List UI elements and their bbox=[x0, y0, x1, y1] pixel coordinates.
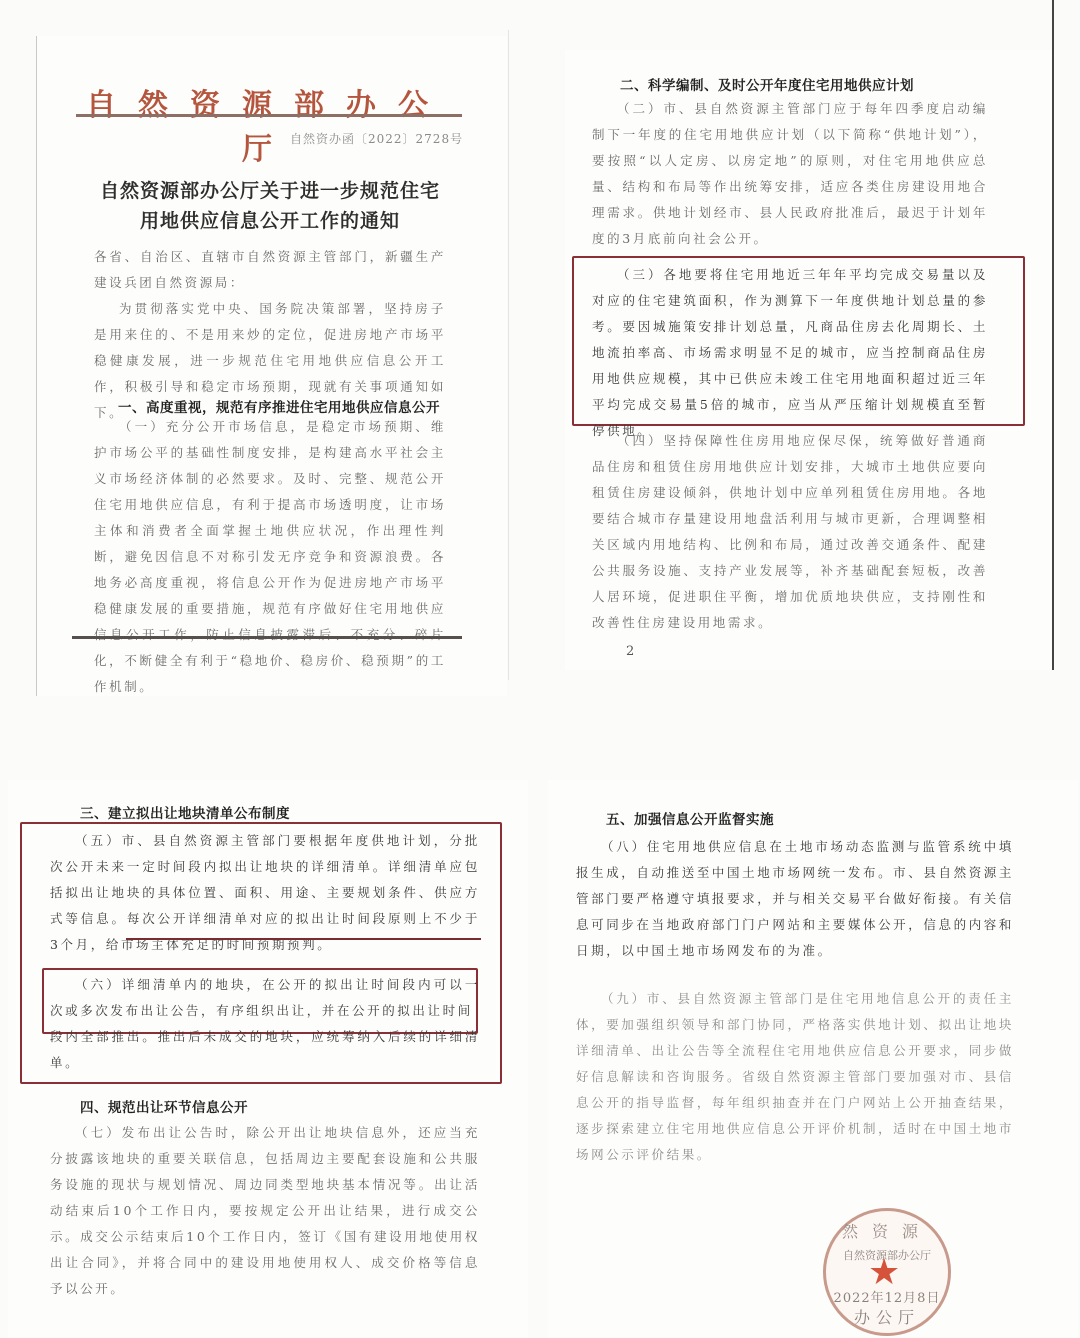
section-1-heading: 一、高度重视，规范有序推进住宅用地供应信息公开 bbox=[118, 396, 440, 416]
item-3-highlighted-paragraph: （三）各地要将住宅用地近三年年平均完成交易量以及对应的住宅建筑面积，作为测算下一… bbox=[592, 262, 988, 444]
item-6-boxed-paragraph: （六）详细清单内的地块，在公开的拟出让时间段内可以一次或多次发布出让公告，有序组… bbox=[50, 972, 480, 1024]
document-number: 自然资办函〔2022〕2728号 bbox=[290, 130, 463, 147]
item-6-rest-paragraph: 段内全部推出。推出后未成交的地块，应统筹纳入后续的详细清单。 bbox=[50, 1024, 480, 1076]
item-4-paragraph: （四）坚持保障性住房用地应保尽保，统筹做好普通商品住房和租赁住房用地供应计划安排… bbox=[592, 428, 988, 636]
item-1-paragraph: （一）充分公开市场信息，是稳定市场预期、维护市场公平的基础性制度安排，是构建高水… bbox=[94, 414, 446, 700]
addressee: 各省、自治区、直辖市自然资源主管部门，新疆生产建设兵团自然资源局： bbox=[94, 244, 446, 296]
section-2-heading: 二、科学编制、及时公开年度住宅用地供应计划 bbox=[620, 74, 914, 94]
page-number: 2 bbox=[626, 644, 634, 659]
seal-top-text: 然资源 bbox=[826, 1219, 948, 1242]
official-seal: 然资源 自然资源部办公厅 ★ 2022年12月8日 办公厅 bbox=[823, 1208, 951, 1336]
masthead-issuer: 自然资源部办公厅 bbox=[78, 80, 458, 168]
seal-bottom-text: 办公厅 bbox=[826, 1305, 948, 1328]
item-2-paragraph: （二）市、县自然资源主管部门应于每年四季度启动编制下一年度的住宅用地供应计划（以… bbox=[592, 96, 988, 252]
item-7-paragraph: （七）发布出让公告时，除公开出让地块信息外，还应当充分披露该地块的重要关联信息，… bbox=[50, 1120, 480, 1302]
item-8-paragraph: （八）住宅用地供应信息在土地市场动态监测与监管系统中填报生成，自动推送至中国土地… bbox=[576, 834, 1014, 964]
section-5-heading: 五、加强信息公开监督实施 bbox=[606, 808, 774, 828]
page-bottom-rule bbox=[72, 636, 462, 639]
item-9-paragraph: （九）市、县自然资源主管部门是住宅用地信息公开的责任主体，要加强组织领导和部门协… bbox=[576, 986, 1014, 1168]
page-edge bbox=[1052, 0, 1054, 670]
annotation-underline bbox=[126, 938, 481, 940]
document-title-line-1: 自然资源部办公厅关于进一步规范住宅 bbox=[70, 176, 470, 203]
document-title-line-2: 用地供应信息公开工作的通知 bbox=[70, 206, 470, 233]
item-5-underlined-text: 每次公开详细清单对应的拟出让时间段原则上不少于 bbox=[127, 911, 480, 926]
page-divider bbox=[508, 30, 509, 680]
section-4-heading: 四、规范出让环节信息公开 bbox=[80, 1096, 248, 1116]
star-icon: ★ bbox=[868, 1255, 900, 1291]
masthead-rule bbox=[76, 114, 462, 117]
seal-date: 2022年12月8日 bbox=[826, 1287, 948, 1306]
section-3-heading: 三、建立拟出让地块清单公布制度 bbox=[80, 802, 290, 822]
